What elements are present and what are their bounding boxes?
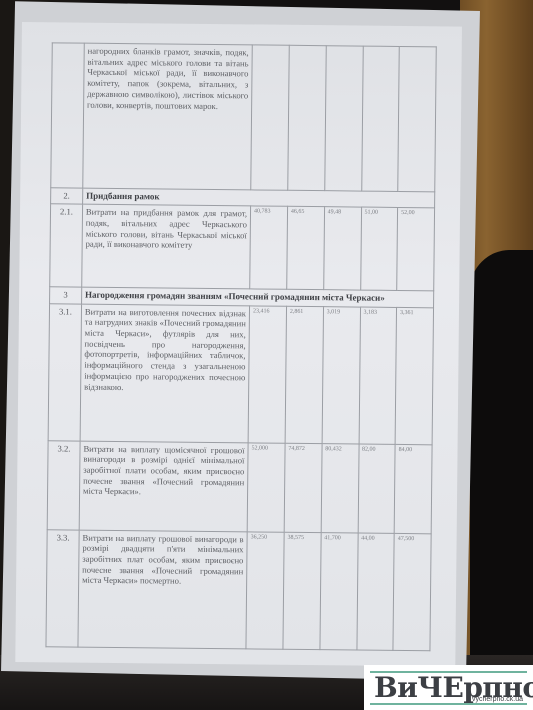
row-number: 3.1. (48, 303, 81, 440)
value-cell: 3,361 (395, 307, 433, 444)
table-row: 3.3.Витрати на виплату грошової винагоро… (46, 529, 431, 650)
value-cell: 36,250 (246, 531, 284, 648)
background-object (470, 250, 533, 710)
value-cell (398, 46, 436, 191)
logo-site: vycherpno.ck.ua (472, 696, 523, 703)
value-cell: 47,500 (393, 533, 431, 650)
logo-line-bottom (370, 703, 527, 705)
value-cell: 40,783 (250, 206, 288, 289)
row-number: 3.3. (46, 529, 79, 646)
watermark-logo: ВиЧЕрпно vycherpno.ck.ua (364, 665, 533, 710)
row-number: 2.1. (50, 204, 83, 287)
value-cell: 41,700 (320, 532, 358, 649)
value-cell (324, 46, 362, 191)
document-page: нагородних бланків грамот, значків, подя… (15, 22, 462, 667)
table-row: 3.2.Витрати на виплату щомісячної грошов… (47, 440, 432, 533)
value-cell: 3,183 (359, 307, 397, 444)
table-row: 2.1.Витрати на придбання рамок для грамо… (50, 204, 435, 291)
value-cell: 74,872 (284, 443, 322, 532)
value-cell: 2,861 (285, 306, 323, 443)
row-number (51, 43, 84, 188)
row-description: Витрати на виготовлення почесних відзнак… (80, 304, 250, 443)
value-cell: 3,019 (322, 306, 360, 443)
value-cell: 38,575 (283, 532, 321, 649)
value-cell: 82,00 (358, 444, 396, 533)
value-cell: 44,00 (356, 533, 394, 650)
table-row: 3.1.Витрати на виготовлення почесних від… (48, 303, 433, 444)
value-cell: 52,000 (247, 442, 285, 531)
row-description: нагородних бланків грамот, значків, подя… (83, 43, 253, 190)
value-cell (361, 46, 399, 191)
value-cell: 46,65 (287, 207, 325, 290)
value-cell (288, 45, 326, 190)
value-cell: 84,00 (394, 444, 432, 533)
value-cell: 23,416 (248, 305, 286, 442)
row-description: Витрати на виплату грошової винагороди в… (78, 530, 247, 649)
row-number: 2. (51, 188, 83, 205)
value-cell: 52,00 (397, 208, 435, 291)
value-cell: 80,432 (321, 443, 359, 532)
value-cell: 49,48 (323, 207, 361, 290)
row-number: 3 (50, 287, 82, 304)
value-cell: 51,00 (360, 207, 397, 290)
value-cell (251, 45, 289, 190)
row-number: 3.2. (47, 440, 80, 529)
table-row: нагородних бланків грамот, значків, подя… (51, 43, 436, 192)
row-description: Витрати на виплату щомісячної грошової в… (79, 441, 248, 532)
budget-table: нагородних бланків грамот, значків, подя… (45, 42, 436, 650)
row-description: Витрати на придбання рамок для грамот, п… (82, 204, 251, 289)
